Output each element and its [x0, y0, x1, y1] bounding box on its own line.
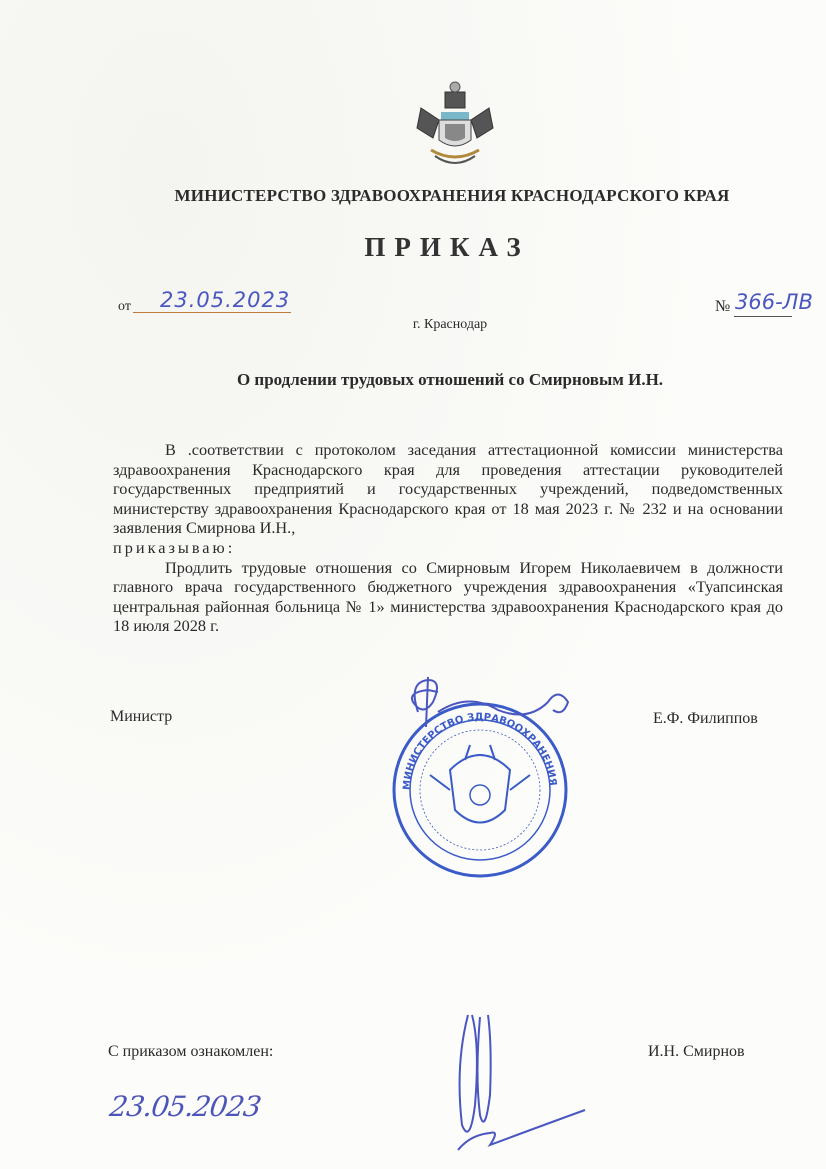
ministry-name: МИНИСТЕРСТВО ЗДРАВООХРАНЕНИЯ КРАСНОДАРСК…: [0, 186, 826, 206]
order-word-line: приказываю:: [113, 538, 783, 558]
signatory-title: Министр: [110, 708, 172, 726]
handwritten-acknowledgement-date: 23.05.2023: [108, 1090, 263, 1123]
document-page: МИНИСТЕРСТВО ЗДРАВООХРАНЕНИЯ КРАСНОДАРСК…: [0, 0, 826, 1169]
order-word: приказываю:: [113, 538, 235, 557]
coat-of-arms-icon: [415, 78, 495, 170]
order-subject: О продлении трудовых отношений со Смирно…: [0, 370, 826, 390]
minister-signature-icon: [398, 672, 578, 732]
decision-paragraph: Продлить трудовые отношения со Смирновым…: [113, 558, 783, 636]
document-type-title: ПРИКАЗ: [0, 232, 826, 263]
preamble-paragraph: В .соответствии с протоколом заседания а…: [113, 440, 783, 538]
date-label: от: [118, 299, 131, 315]
handwritten-order-date: 23.05.2023: [160, 288, 290, 312]
date-underline: [133, 312, 291, 313]
preamble-text: В .соответствии с протоколом заседания а…: [113, 440, 783, 537]
signatory-name: Е.Ф. Филиппов: [653, 710, 758, 728]
order-body: В .соответствии с протоколом заседания а…: [113, 440, 783, 636]
acknowledged-person-name: И.Н. Смирнов: [648, 1043, 745, 1061]
number-label: №: [715, 298, 730, 316]
acknowledgement-label: С приказом ознакомлен:: [108, 1043, 273, 1061]
employee-signature-icon: [450, 1005, 590, 1155]
city: г. Краснодар: [0, 317, 826, 333]
handwritten-order-number: 366-ЛВ: [735, 290, 813, 314]
